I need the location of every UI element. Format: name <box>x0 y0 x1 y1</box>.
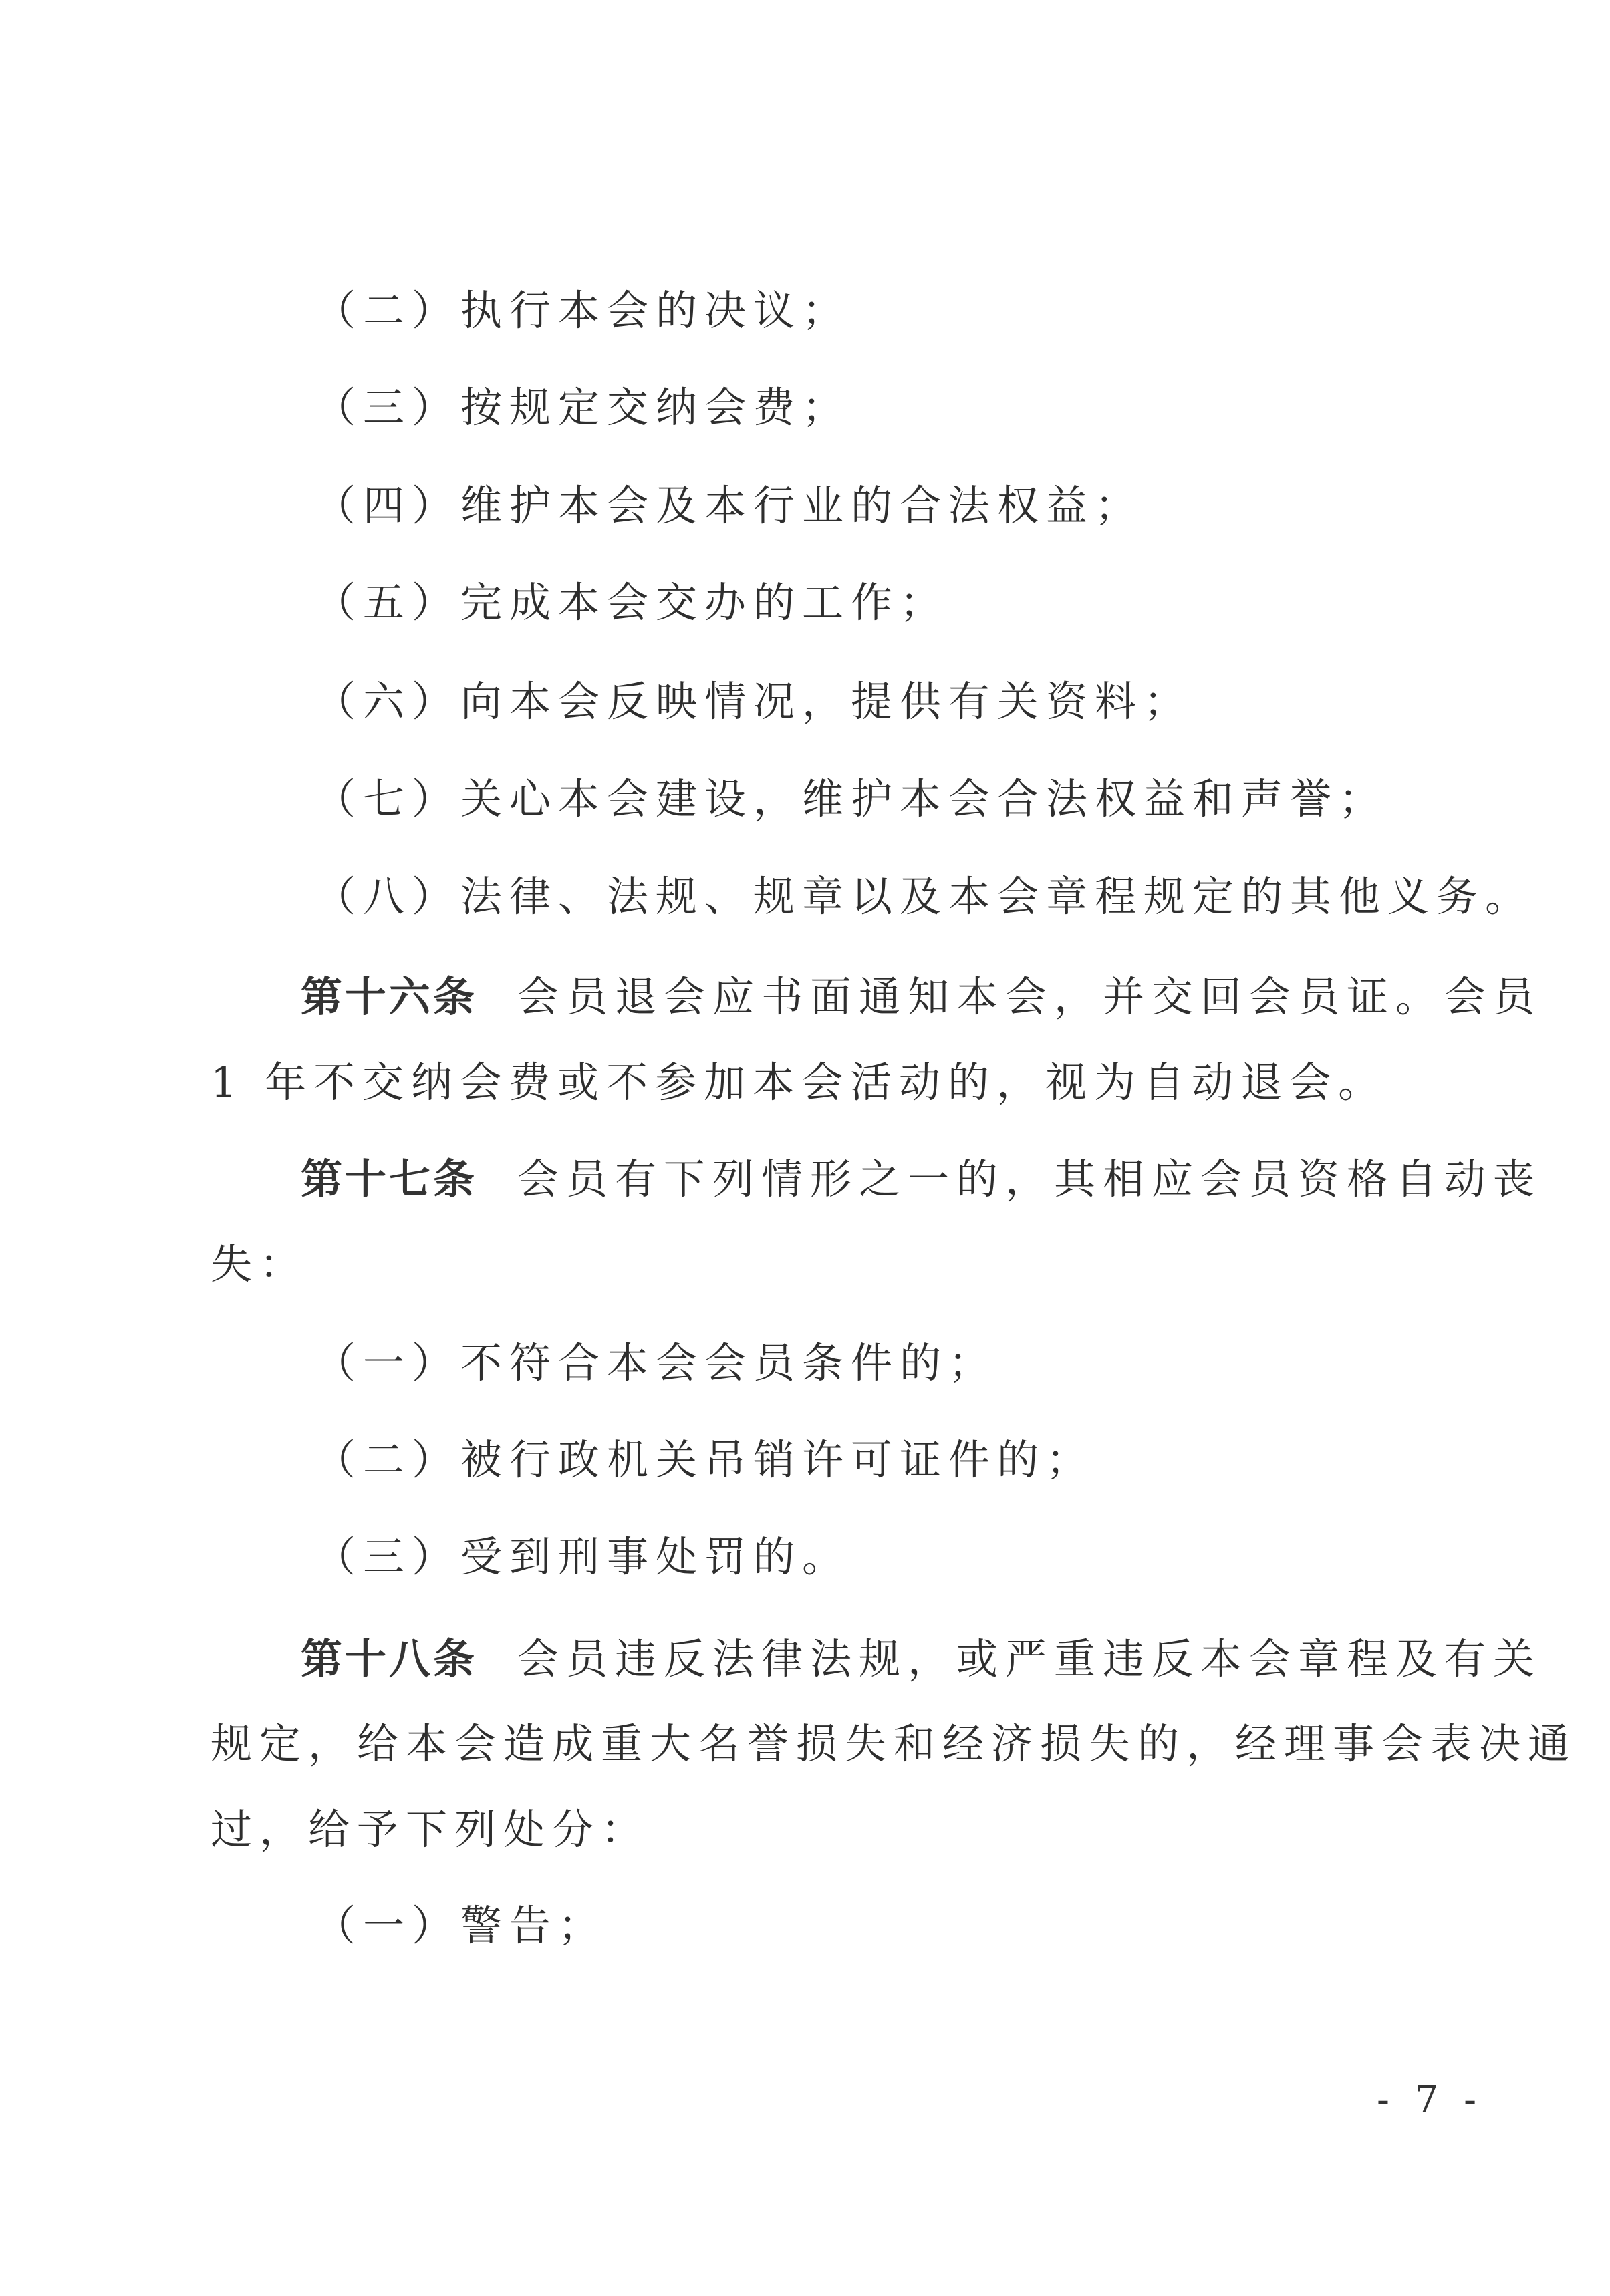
article-18-text: 会员违反法律法规，或严重违反本会章程及有关 <box>517 1634 1542 1683</box>
article-17-text: 会员有下列情形之一的，其相应会员资格自动丧 <box>517 1155 1542 1203</box>
article-17: 第十七条会员有下列情形之一的，其相应会员资格自动丧 <box>301 1153 1542 1206</box>
article-17-continuation: 失： <box>211 1238 308 1291</box>
article-16-title: 第十六条 <box>301 972 477 1021</box>
article-18: 第十八条会员违反法律法规，或严重违反本会章程及有关 <box>301 1632 1542 1686</box>
article-18-continuation-1: 规定，给本会造成重大名誉损失和经济损失的，经理事会表决通 <box>211 1717 1577 1771</box>
article-16-text: 会员退会应书面通知本会，并交回会员证。会员 <box>517 972 1542 1021</box>
list-item-duty-5: （五）完成本会交办的工作； <box>314 576 948 629</box>
article-17-item-2: （二）被行政机关吊销许可证件的； <box>314 1433 1095 1487</box>
article-18-item-1: （一）警告； <box>314 1899 607 1953</box>
list-item-duty-8: （八）法律、法规、规章以及本会章程规定的其他义务。 <box>314 870 1534 923</box>
article-18-continuation-2: 过，给予下列处分： <box>211 1803 650 1856</box>
list-item-duty-6: （六）向本会反映情况，提供有关资料； <box>314 675 1192 728</box>
page-number: - 7 - <box>1377 2078 1483 2122</box>
list-item-duty-3: （三）按规定交纳会费； <box>314 381 851 434</box>
article-16-continuation: 1 年不交纳会费或不参加本会活动的，视为自动退会。 <box>211 1056 1387 1109</box>
article-18-title: 第十八条 <box>301 1634 477 1683</box>
list-item-duty-2: （二）执行本会的决议； <box>314 284 851 337</box>
article-17-item-1: （一）不符合本会会员条件的； <box>314 1336 997 1390</box>
list-item-duty-7: （七）关心本会建设，维护本会合法权益和声誉； <box>314 772 1387 826</box>
article-16: 第十六条会员退会应书面通知本会，并交回会员证。会员 <box>301 970 1542 1024</box>
list-item-duty-4: （四）维护本会及本行业的合法权益； <box>314 479 1144 533</box>
article-17-title: 第十七条 <box>301 1155 477 1203</box>
article-17-item-3: （三）受到刑事处罚的。 <box>314 1530 851 1584</box>
